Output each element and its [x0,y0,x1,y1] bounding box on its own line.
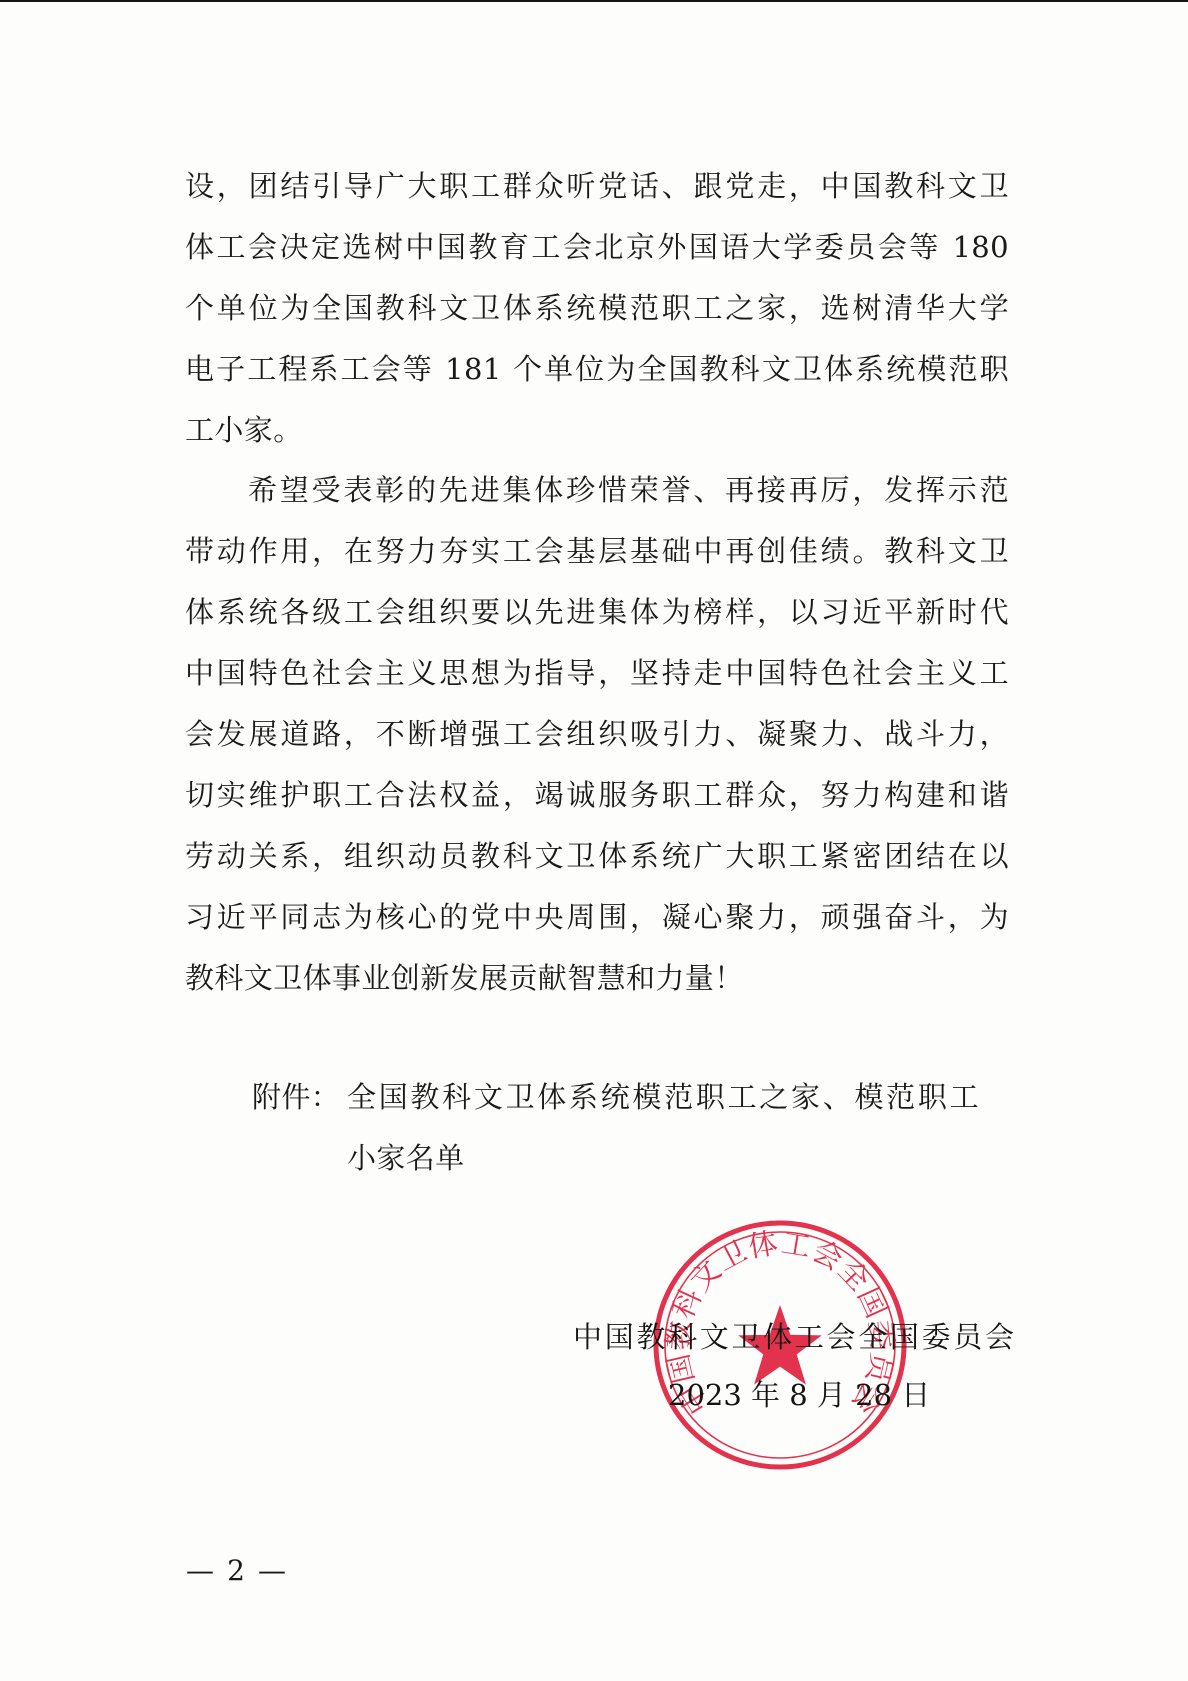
text-line: 会发展道路，不断增强工会组织吸引力、凝聚力、战斗力， [185,704,1009,765]
text-line: 设，团结引导广大职工群众听党话、跟党走，中国教科文卫 [185,156,1009,217]
issuer-signature: 中国教科文卫体工会全国委员会 [573,1318,1014,1356]
text-line: 体工会决定选树中国教育工会北京外国语大学委员会等 180 [185,217,1009,278]
body-text: 设，团结引导广大职工群众听党话、跟党走，中国教科文卫 体工会决定选树中国教育工会… [185,156,1009,1008]
attachment-title-continued: 小家名单 [252,1128,979,1189]
text-line: 教科文卫体事业创新发展贡献智慧和力量！ [185,948,1009,1009]
text-line: 中国特色社会主义思想为指导，坚持走中国特色社会主义工 [185,643,1009,704]
issue-date: 2023 年 8 月 28 日 [668,1376,912,1414]
text-line: 习近平同志为核心的党中央周围，凝心聚力，顽强奋斗，为 [185,887,1009,948]
paragraph-1: 设，团结引导广大职工群众听党话、跟党走，中国教科文卫 体工会决定选树中国教育工会… [185,156,1009,460]
text-line: 个单位为全国教科文卫体系统模范职工之家，选树清华大学 [185,278,1009,339]
attachment-title: 全国教科文卫体系统模范职工之家、模范职工 [347,1067,979,1128]
text-line: 劳动关系，组织动员教科文卫体系统广大职工紧密团结在以 [185,826,1009,887]
text-line: 电子工程系工会等 181 个单位为全国教科文卫体系统模范职 [185,339,1009,400]
attachment-note: 附件：全国教科文卫体系统模范职工之家、模范职工 小家名单 [252,1067,979,1189]
text-line: 希望受表彰的先进集体珍惜荣誉、再接再厉，发挥示范 [185,460,1009,521]
attachment-label: 附件： [252,1067,347,1128]
text-line: 切实维护职工合法权益，竭诚服务职工群众，努力构建和谐 [185,765,1009,826]
text-line: 带动作用，在努力夯实工会基层基础中再创佳绩。教科文卫 [185,521,1009,582]
page-number: — 2 — [186,1553,286,1589]
text-line: 体系统各级工会组织要以先进集体为榜样，以习近平新时代 [185,582,1009,643]
paragraph-2: 希望受表彰的先进集体珍惜荣誉、再接再厉，发挥示范 带动作用，在努力夯实工会基层基… [185,460,1009,1008]
text-line: 工小家。 [185,400,1009,461]
attachment-row-1: 附件：全国教科文卫体系统模范职工之家、模范职工 [252,1067,979,1128]
document-page: 设，团结引导广大职工群众听党话、跟党走，中国教科文卫 体工会决定选树中国教育工会… [0,0,1188,1681]
